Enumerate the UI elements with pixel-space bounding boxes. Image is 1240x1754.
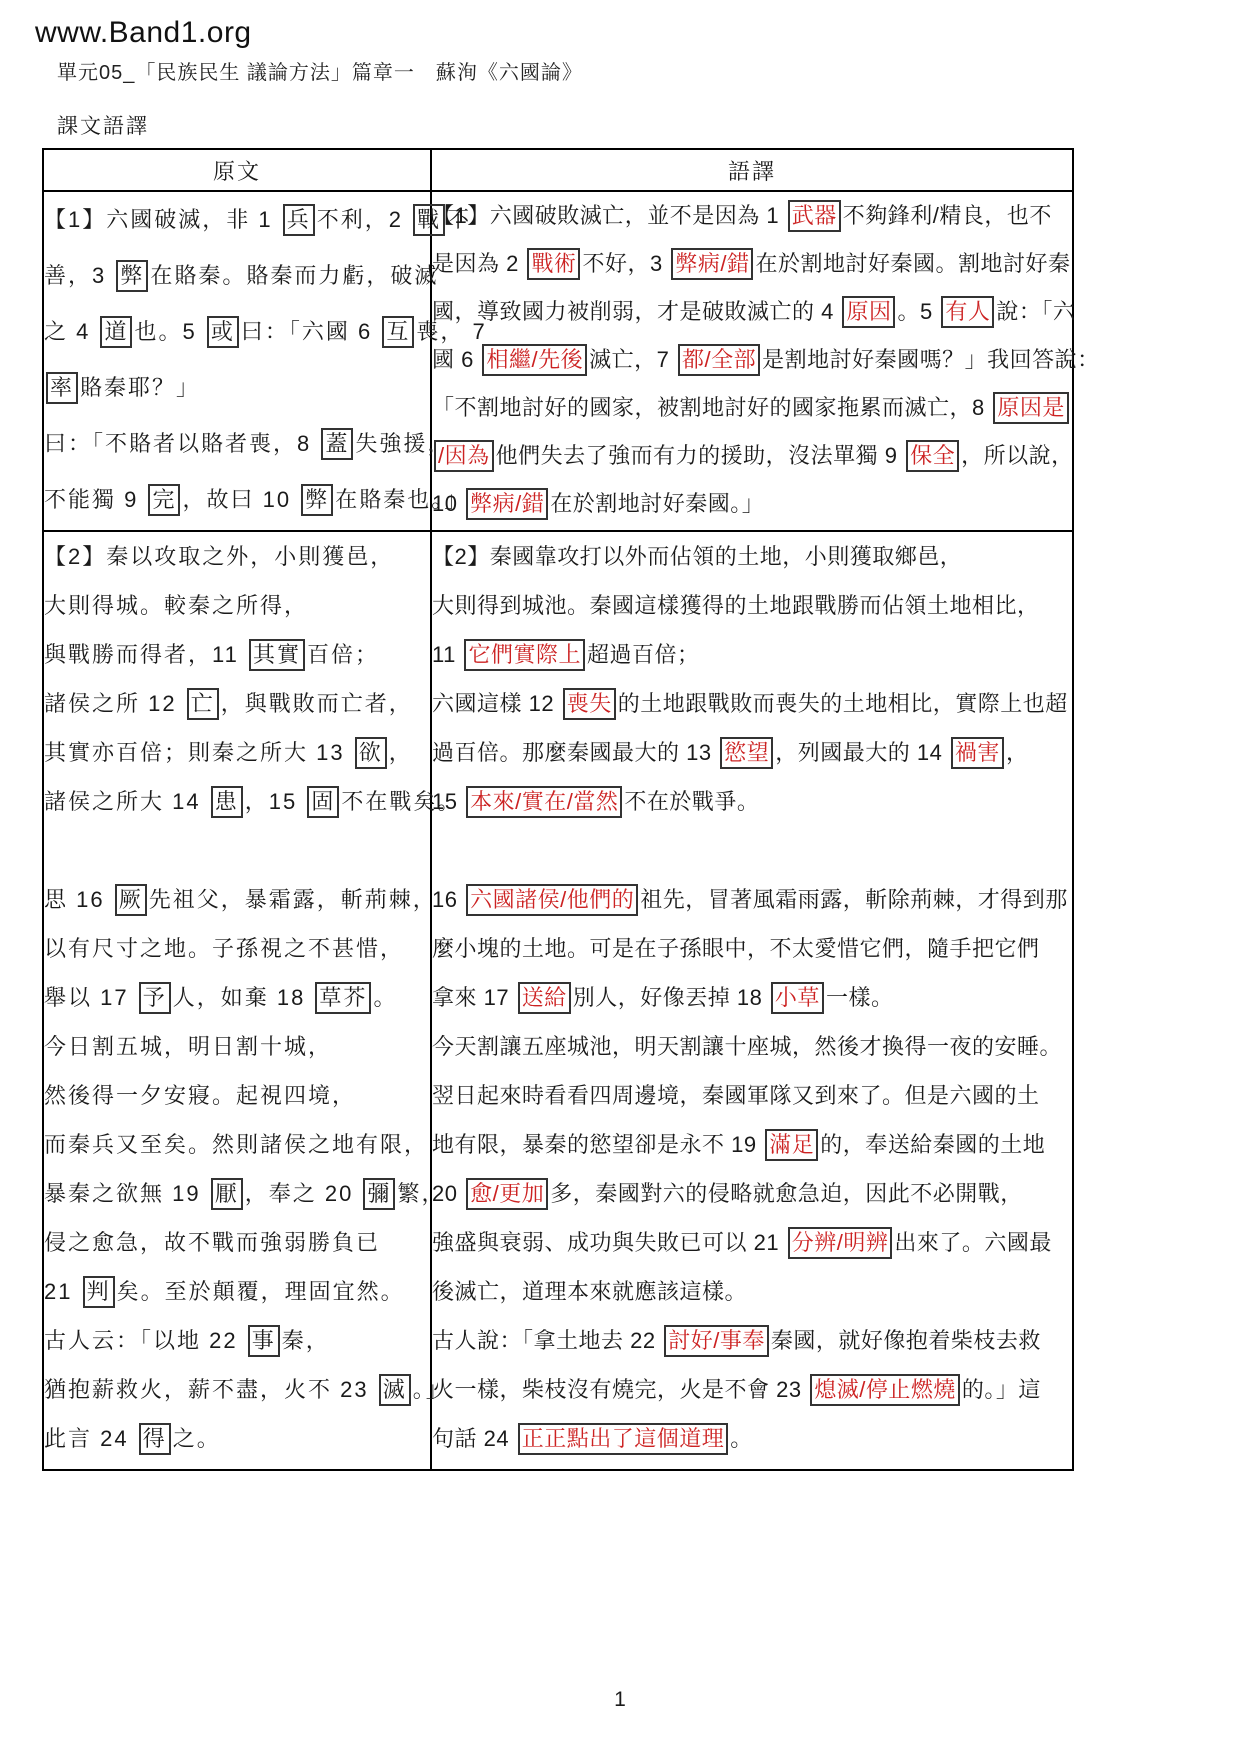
text-run: 不在於戰爭。	[624, 789, 759, 814]
text-run: 暴秦之欲無 19	[44, 1181, 209, 1206]
text-line: 火一樣，柴枝沒有燒完，火是不會 23 熄滅/停止燃燒的。」這	[432, 1365, 1072, 1414]
text-run: 今天割讓五座城池，明天割讓十座城，然後才換得一夜的安睡。	[432, 1034, 1062, 1059]
section-label: 課文語譯	[57, 110, 149, 140]
text-run: 與戰勝而得者，11	[44, 642, 247, 667]
boxed-term-red: /因為	[434, 440, 494, 472]
boxed-term-red: 原因是	[993, 392, 1069, 424]
text-run: 15	[432, 789, 464, 814]
translation-table: 原文 語譯 【1】六國破滅，非 1 兵不利，2 戰不善，3 弊在賂秦。賂秦而力虧…	[42, 148, 1074, 1471]
text-line: 後滅亡，道理本來就應該這樣。	[432, 1267, 1072, 1316]
text-run: 10	[432, 491, 464, 516]
text-run: 翌日起來時看看四周邊境，秦國軍隊又到來了。但是六國的土	[432, 1083, 1040, 1108]
text-line: 句話 24 正正點出了這個道理。	[432, 1414, 1072, 1463]
text-line: 然後得一夕安寢。起視四境，	[44, 1071, 430, 1120]
text-run: 後滅亡，道理本來就應該這樣。	[432, 1279, 747, 1304]
text-line: 【2】秦國靠攻打以外而佔領的土地，小則獲取鄉邑，	[432, 532, 1072, 581]
text-run: 的土地跟戰敗而喪失的土地相比，實際上也超	[618, 691, 1068, 716]
text-run: ，奉之 20	[245, 1181, 362, 1206]
text-line: 猶抱薪救火，薪不盡，火不 23 滅。」	[44, 1365, 430, 1414]
text-line: 暴秦之欲無 19 厭，奉之 20 彌繁，	[44, 1169, 430, 1218]
boxed-term-red: 相繼/先後	[482, 344, 587, 376]
boxed-term-red: 都/全部	[678, 344, 760, 376]
text-run: 的。」這	[962, 1377, 1041, 1402]
text-run: 是因為 2	[432, 251, 525, 276]
boxed-term: 完	[148, 484, 180, 516]
text-run: 。	[730, 1426, 753, 1451]
boxed-term-red: 熄滅/停止燃燒	[810, 1374, 960, 1406]
text-line: 其實亦百倍；則秦之所大 13 欲，	[44, 728, 430, 777]
text-run: 侵之愈急，故不戰而強弱勝負已	[44, 1230, 380, 1255]
text-line: 善，3 弊在賂秦。賂秦而力虧，破滅	[44, 248, 430, 304]
text-run: 他們失去了強而有力的援助，沒法單獨 9	[496, 443, 904, 468]
text-run: 之 4	[44, 319, 98, 344]
boxed-term: 固	[307, 786, 339, 818]
text-run: 強盛與衰弱、成功與失敗已可以 21	[432, 1230, 786, 1255]
text-run: 不好，3	[582, 251, 669, 276]
original-cell: 【1】六國破滅，非 1 兵不利，2 戰不善，3 弊在賂秦。賂秦而力虧，破滅之 4…	[43, 191, 431, 531]
table-body: 【1】六國破滅，非 1 兵不利，2 戰不善，3 弊在賂秦。賂秦而力虧，破滅之 4…	[43, 191, 1073, 1470]
text-run: 在於割地討好秦國。割地討好秦	[755, 251, 1070, 276]
column-header-translation: 語譯	[431, 149, 1073, 191]
text-line: 大則得到城池。秦國這樣獲得的土地跟戰勝而佔領土地相比，	[432, 581, 1072, 630]
text-line: 是因為 2 戰術不好，3 弊病/錯在於割地討好秦國。割地討好秦	[432, 240, 1072, 288]
text-run: 不夠鋒利/精良，也不	[843, 203, 1052, 228]
boxed-term-red: 武器	[788, 200, 841, 232]
boxed-term: 弊	[116, 260, 148, 292]
text-run: 【1】六國破敗滅亡，並不是因為 1	[432, 203, 786, 228]
text-line: 國，導致國力被削弱，才是破敗滅亡的 4 原因。5 有人說：「六	[432, 288, 1072, 336]
text-run: 祖先，冒著風霜雨露，斬除荊棘，才得到那	[640, 887, 1068, 912]
boxed-term: 蓋	[321, 428, 353, 460]
text-run: 過百倍。那麼秦國最大的 13	[432, 740, 718, 765]
text-line: 10 弊病/錯在於割地討好秦國。」	[432, 480, 1072, 528]
boxed-term: 得	[139, 1423, 171, 1455]
text-run: 六國這樣 12	[432, 691, 561, 716]
text-run: 麼小塊的土地。可是在子孫眼中，不太愛惜它們，隨手把它們	[432, 936, 1040, 961]
text-run: 地有限，暴秦的慾望卻是永不 19	[432, 1132, 763, 1157]
text-run: 不利，2	[317, 207, 411, 232]
text-run: 是割地討好秦國嗎？」我回答說：	[762, 347, 1100, 372]
text-line: 21 判矣。至於顛覆，理固宜然。	[44, 1267, 430, 1316]
site-url: www.Band1.org	[35, 16, 252, 50]
boxed-term: 予	[139, 982, 171, 1014]
text-line: 強盛與衰弱、成功與失敗已可以 21 分辨/明辨出來了。六國最	[432, 1218, 1072, 1267]
text-run: 猶抱薪救火，薪不盡，火不 23	[44, 1377, 377, 1402]
boxed-term: 率	[46, 372, 78, 404]
text-run: 善，3	[44, 263, 114, 288]
boxed-term: 厭	[211, 1178, 243, 1210]
text-run: 以有尺寸之地。子孫視之不甚惜，	[44, 936, 404, 961]
text-run: 【1】六國破滅，非 1	[44, 207, 281, 232]
text-line: 15 本來/實在/當然不在於戰爭。	[432, 777, 1072, 826]
boxed-term-red: 保全	[906, 440, 959, 472]
text-run: ，列國最大的 14	[775, 740, 949, 765]
text-run: ，	[389, 740, 413, 765]
text-line: 拿來 17 送給別人，好像丟掉 18 小草一樣。	[432, 973, 1072, 1022]
text-run: 先祖父，暴霜露，斬荊棘，	[149, 887, 437, 912]
text-line: 諸侯之所大 14 患，15 固不在戰矣。	[44, 777, 430, 826]
text-run: 多，秦國對六的侵略就愈急迫，因此不必開戰，	[550, 1181, 1023, 1206]
text-run: 11	[432, 642, 462, 667]
text-run: 此言 24	[44, 1426, 137, 1451]
text-line: 思 16 厥先祖父，暴霜露，斬荊棘，	[44, 875, 430, 924]
text-run: 一樣。	[826, 985, 894, 1010]
text-run: 說：「六	[996, 299, 1075, 324]
page-number: 1	[0, 1688, 1240, 1712]
text-run: 賂秦耶？」	[80, 375, 200, 400]
boxed-term-red: 討好/事奉	[664, 1325, 769, 1357]
text-line: 舉以 17 予人，如棄 18 草芥。	[44, 973, 430, 1022]
text-run: 【2】秦國靠攻打以外而佔領的土地，小則獲取鄉邑，	[432, 544, 962, 569]
text-run: 舉以 17	[44, 985, 137, 1010]
boxed-term-red: 禍害	[951, 737, 1004, 769]
document-page: www.Band1.org 單元05_「民族民生 議論方法」篇章一 蘇洵《六國論…	[0, 0, 1240, 1754]
boxed-term: 彌	[363, 1178, 395, 1210]
boxed-term-red: 原因	[842, 296, 895, 328]
boxed-term-red: 戰術	[527, 248, 580, 280]
text-run: 諸侯之所大 14	[44, 789, 209, 814]
text-run: 句話 24	[432, 1426, 516, 1451]
boxed-term: 草芥	[315, 982, 371, 1014]
text-run: 超過百倍；	[587, 642, 700, 667]
text-run: 古人說：「拿土地去 22	[432, 1328, 662, 1353]
boxed-term: 或	[207, 316, 239, 348]
text-run: 而秦兵又至矣。然則諸侯之地有限，	[44, 1132, 428, 1157]
text-run: 秦國，就好像抱着柴枝去救	[771, 1328, 1041, 1353]
boxed-term-red: 有人	[941, 296, 994, 328]
text-run: 今日割五城，明日割十城，	[44, 1034, 332, 1059]
text-run: 。5	[897, 299, 939, 324]
text-run: ，15	[245, 789, 306, 814]
text-run: ，所以說，	[961, 443, 1074, 468]
table-header-row: 原文 語譯	[43, 149, 1073, 191]
text-run: 大則得城。較秦之所得，	[44, 593, 308, 618]
text-line: 曰：「不賂者以賂者喪，8 蓋失強援，	[44, 416, 430, 472]
text-run: 20	[432, 1181, 464, 1206]
text-line: /因為他們失去了強而有力的援助，沒法單獨 9 保全，所以說，	[432, 432, 1072, 480]
boxed-term-red: 弊病/錯	[466, 488, 548, 520]
text-run: 。	[373, 985, 397, 1010]
text-line: 20 愈/更加多，秦國對六的侵略就愈急迫，因此不必開戰，	[432, 1169, 1072, 1218]
column-header-original: 原文	[43, 149, 431, 191]
text-run: 不能獨 9	[44, 487, 146, 512]
text-line: 麼小塊的土地。可是在子孫眼中，不太愛惜它們，隨手把它們	[432, 924, 1072, 973]
text-run: 然後得一夕安寢。起視四境，	[44, 1083, 356, 1108]
text-run: 16	[432, 887, 464, 912]
text-line	[432, 826, 1072, 875]
text-line: 諸侯之所 12 亡，與戰敗而亡者，	[44, 679, 430, 728]
text-run: 出來了。六國最	[894, 1230, 1052, 1255]
boxed-term-red: 六國諸侯/他們的	[466, 884, 638, 916]
boxed-term: 亡	[187, 688, 219, 720]
table-row: 【2】秦以攻取之外，小則獲邑，大則得城。較秦之所得，與戰勝而得者，11 其實百倍…	[43, 531, 1073, 1470]
text-run: 在於割地討好秦國。」	[550, 491, 764, 516]
text-line: 國 6 相繼/先後滅亡，7 都/全部是割地討好秦國嗎？」我回答說：	[432, 336, 1072, 384]
text-line: 而秦兵又至矣。然則諸侯之地有限，	[44, 1120, 430, 1169]
text-line: 大則得城。較秦之所得，	[44, 581, 430, 630]
boxed-term-red: 滿足	[765, 1129, 818, 1161]
text-run: 古人云：「以地 22	[44, 1328, 246, 1353]
text-line: 【2】秦以攻取之外，小則獲邑，	[44, 532, 430, 581]
text-line: 16 六國諸侯/他們的祖先，冒著風霜雨露，斬除荊棘，才得到那	[432, 875, 1072, 924]
text-run: 的，奉送給秦國的土地	[820, 1132, 1045, 1157]
text-line: 與戰勝而得者，11 其實百倍；	[44, 630, 430, 679]
text-line: 「不割地討好的國家，被割地討好的國家拖累而滅亡，8 原因是	[432, 384, 1072, 432]
text-run: 其實亦百倍；則秦之所大 13	[44, 740, 353, 765]
original-cell: 【2】秦以攻取之外，小則獲邑，大則得城。較秦之所得，與戰勝而得者，11 其實百倍…	[43, 531, 431, 1470]
text-run: 火一樣，柴枝沒有燒完，火是不會 23	[432, 1377, 808, 1402]
text-run: 百倍；	[307, 642, 379, 667]
text-line: 【1】六國破敗滅亡，並不是因為 1 武器不夠鋒利/精良，也不	[432, 192, 1072, 240]
text-run: 國，導致國力被削弱，才是破敗滅亡的 4	[432, 299, 840, 324]
text-run: 之。	[173, 1426, 221, 1451]
text-line: 過百倍。那麼秦國最大的 13 慾望，列國最大的 14 禍害，	[432, 728, 1072, 777]
boxed-term: 互	[382, 316, 414, 348]
text-run: ，故曰 10	[182, 487, 299, 512]
boxed-term-red: 正正點出了這個道理	[518, 1423, 729, 1455]
text-run: 別人，好像丟掉 18	[573, 985, 769, 1010]
boxed-term-red: 慾望	[720, 737, 773, 769]
boxed-term: 患	[211, 786, 243, 818]
text-run: ，	[1006, 740, 1029, 765]
text-run: 曰：「六國 6	[241, 319, 380, 344]
text-line: 翌日起來時看看四周邊境，秦國軍隊又到來了。但是六國的土	[432, 1071, 1072, 1120]
text-run: 「不割地討好的國家，被割地討好的國家拖累而滅亡，8	[432, 395, 991, 420]
text-run: ，與戰敗而亡者，	[221, 691, 413, 716]
translation-cell: 【2】秦國靠攻打以外而佔領的土地，小則獲取鄉邑，大則得到城池。秦國這樣獲得的土地…	[431, 531, 1073, 1470]
text-run: 21	[44, 1279, 81, 1304]
text-run: 人，如棄 18	[173, 985, 314, 1010]
text-line: 此言 24 得之。	[44, 1414, 430, 1463]
boxed-term: 道	[100, 316, 132, 348]
text-run: 思 16	[44, 887, 113, 912]
table-row: 【1】六國破滅，非 1 兵不利，2 戰不善，3 弊在賂秦。賂秦而力虧，破滅之 4…	[43, 191, 1073, 531]
boxed-term: 事	[248, 1325, 280, 1357]
text-run: 矣。至於顛覆，理固宜然。	[117, 1279, 405, 1304]
boxed-term-red: 本來/實在/當然	[466, 786, 622, 818]
text-run: 大則得到城池。秦國這樣獲得的土地跟戰勝而佔領土地相比，	[432, 593, 1040, 618]
unit-title: 單元05_「民族民生 議論方法」篇章一 蘇洵《六國論》	[57, 56, 583, 85]
boxed-term-red: 它們實際上	[464, 639, 585, 671]
boxed-term-red: 分辨/明辨	[788, 1227, 893, 1259]
boxed-term: 滅	[379, 1374, 411, 1406]
text-line: 以有尺寸之地。子孫視之不甚惜，	[44, 924, 430, 973]
text-run: 拿來 17	[432, 985, 516, 1010]
text-line: 不能獨 9 完，故曰 10 弊在賂秦也。」	[44, 472, 430, 528]
boxed-term: 厥	[115, 884, 147, 916]
boxed-term: 判	[83, 1276, 115, 1308]
text-line: 古人說：「拿土地去 22 討好/事奉秦國，就好像抱着柴枝去救	[432, 1316, 1072, 1365]
text-line: 11 它們實際上超過百倍；	[432, 630, 1072, 679]
boxed-term: 欲	[355, 737, 387, 769]
boxed-term: 弊	[301, 484, 333, 516]
boxed-term-red: 喪失	[563, 688, 616, 720]
text-line	[44, 826, 430, 875]
boxed-term: 兵	[283, 204, 315, 236]
text-run: 曰：「不賂者以賂者喪，8	[44, 431, 319, 456]
text-run: 國 6	[432, 347, 480, 372]
boxed-term-red: 弊病/錯	[671, 248, 753, 280]
text-run: 諸侯之所 12	[44, 691, 185, 716]
text-line: 侵之愈急，故不戰而強弱勝負已	[44, 1218, 430, 1267]
text-run: 在賂秦。賂秦而力虧，破滅	[150, 263, 438, 288]
text-line: 六國這樣 12 喪失的土地跟戰敗而喪失的土地相比，實際上也超	[432, 679, 1072, 728]
text-line: 今日割五城，明日割十城，	[44, 1022, 430, 1071]
boxed-term: 其實	[249, 639, 305, 671]
text-line: 地有限，暴秦的慾望卻是永不 19 滿足的，奉送給秦國的土地	[432, 1120, 1072, 1169]
text-line: 【1】六國破滅，非 1 兵不利，2 戰不	[44, 192, 430, 248]
boxed-term-red: 送給	[518, 982, 571, 1014]
text-line: 古人云：「以地 22 事秦，	[44, 1316, 430, 1365]
boxed-term-red: 小草	[771, 982, 824, 1014]
text-run: 也。5	[134, 319, 204, 344]
text-line: 今天割讓五座城池，明天割讓十座城，然後才換得一夜的安睡。	[432, 1022, 1072, 1071]
boxed-term-red: 愈/更加	[466, 1178, 548, 1210]
text-line: 之 4 道也。5 或曰：「六國 6 互喪， 7	[44, 304, 430, 360]
text-run: 秦，	[282, 1328, 330, 1353]
text-line: 率賂秦耶？」	[44, 360, 430, 416]
text-run: 滅亡，7	[589, 347, 676, 372]
text-run: 【2】秦以攻取之外，小則獲邑，	[44, 544, 394, 569]
translation-cell: 【1】六國破敗滅亡，並不是因為 1 武器不夠鋒利/精良，也不是因為 2 戰術不好…	[431, 191, 1073, 531]
